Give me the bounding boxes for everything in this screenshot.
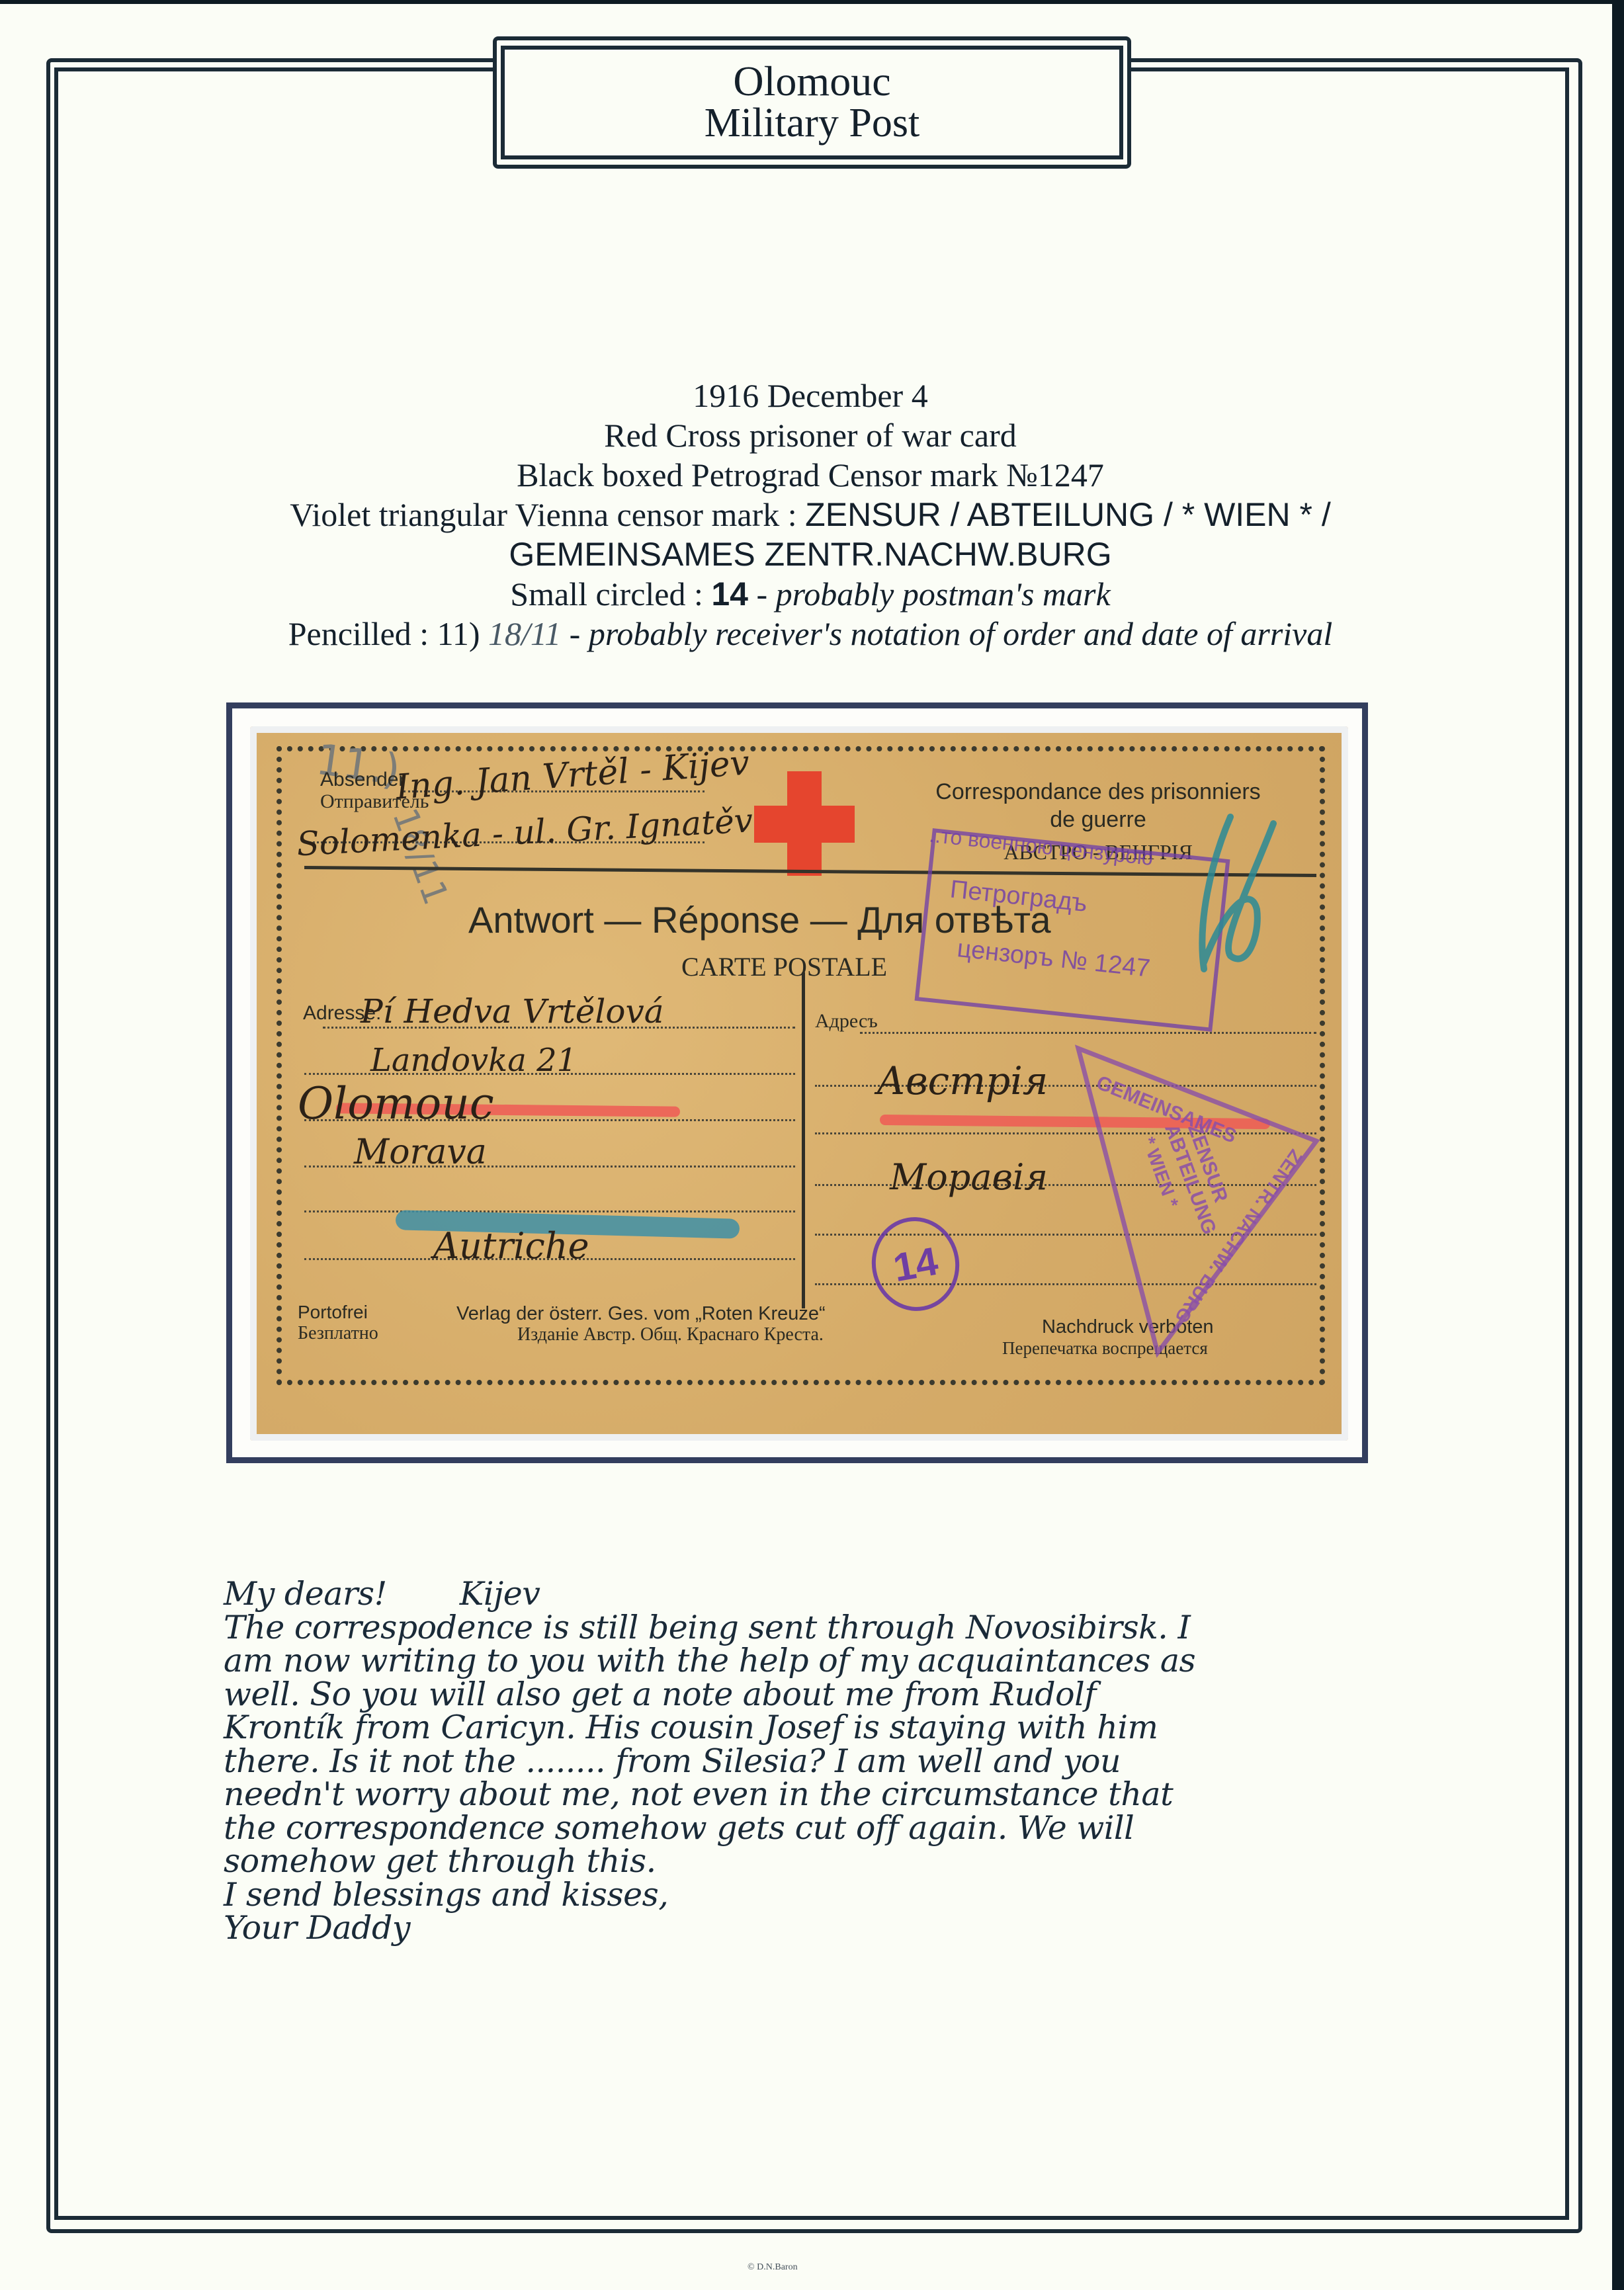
- letter-transcription: My dears!Kijev The correspodence is stil…: [224, 1578, 1381, 1945]
- vienna-triangle-censor-stamp: GEMEINSAMES ZENSUR ABTEILUNG * WIEN * ZE…: [1072, 1042, 1323, 1359]
- letter-signature: Your Daddy: [224, 1912, 1381, 1945]
- title-plaque-inner: Olomouc Military Post: [501, 46, 1123, 159]
- censor-box-line-3: цензоръ № 1247: [956, 935, 1152, 983]
- publisher-de: Verlag der österr. Ges. vom „Roten Kreuz…: [456, 1303, 826, 1325]
- address-ru-handwriting-2: Моравія: [890, 1156, 1048, 1198]
- description-vienna-censor: Violet triangular Vienna censor mark : Z…: [165, 495, 1455, 534]
- letter-place: Kijev: [460, 1575, 540, 1613]
- pencilled-value: 18/11: [488, 615, 561, 652]
- letter-line: am now writing to you with the help of m…: [224, 1644, 1381, 1678]
- address-handwriting-4: Morava: [354, 1132, 487, 1172]
- address-handwriting-1: Pí Hedva Vrtělová: [361, 992, 664, 1031]
- page-title: Olomouc: [733, 61, 890, 102]
- letter-greeting: My dears!: [224, 1575, 387, 1613]
- letter-line: somehow get through this.: [224, 1845, 1381, 1879]
- scan-edge-right: [1612, 0, 1624, 2290]
- page-subtitle: Military Post: [705, 102, 920, 144]
- address-ru-handwriting-1: Австрія: [876, 1058, 1048, 1103]
- address-line-5: [304, 1210, 795, 1212]
- postage-de: Portofrei: [298, 1302, 368, 1323]
- carte-postale: CARTE POSTALE: [681, 951, 887, 982]
- censor-box-line-2: Петроградъ: [949, 875, 1088, 918]
- petrograd-censor-stamp: ..то военною цензурою Петроградъ цензоръ…: [915, 828, 1230, 1032]
- letter-line: needn't worry about me, not even in the …: [224, 1778, 1381, 1812]
- letter-line: I send blessings and kisses,: [224, 1879, 1381, 1912]
- letter-line: Krontík from Caricyn. His cousin Josef i…: [224, 1711, 1381, 1745]
- blue-crayon-mark-icon: [1184, 804, 1283, 989]
- circled-note: - probably postman's mark: [748, 575, 1111, 613]
- card-divider: [802, 972, 805, 1308]
- address-handwriting-2: Landovka 21: [370, 1042, 577, 1079]
- address-handwriting-3: Olomouc: [298, 1078, 494, 1129]
- publisher-ru: Изданіе Австр. Общ. Краснаго Креста.: [517, 1324, 824, 1345]
- description-block: 1916 December 4 Red Cross prisoner of wa…: [165, 376, 1455, 654]
- scan-edge-top: [0, 0, 1624, 4]
- address-ru-line-1: [860, 1032, 1316, 1034]
- letter-line: the correspondence somehow gets cut off …: [224, 1812, 1381, 1845]
- circled-label: Small circled :: [510, 575, 711, 613]
- description-card-type: Red Cross prisoner of war card: [165, 415, 1455, 455]
- vienna-mark-text-1: ZENSUR / ABTEILUNG / * WIEN * /: [805, 496, 1331, 533]
- heading-fr-1: Correspondance des prisonniers: [883, 779, 1313, 805]
- postage-ru: Безплатно: [298, 1323, 378, 1344]
- circled-value: 14: [711, 575, 748, 613]
- letter-line: The correspodence is still being sent th…: [224, 1611, 1381, 1645]
- pencilled-label: Pencilled : 11): [288, 615, 488, 652]
- description-pencilled: Pencilled : 11) 18/11 - probably receive…: [165, 614, 1455, 654]
- letter-line: there. Is it not the ........ from Siles…: [224, 1745, 1381, 1779]
- description-date: 1916 December 4: [165, 376, 1455, 415]
- address-label-ru: Адресъ: [815, 1010, 878, 1033]
- description-petrograd-censor: Black boxed Petrograd Censor mark №1247: [165, 455, 1455, 495]
- description-circled: Small circled : 14 - probably postman's …: [165, 574, 1455, 614]
- letter-line: well. So you will also get a note about …: [224, 1678, 1381, 1712]
- copyright-note: © D.N.Baron: [748, 2262, 798, 2273]
- vienna-label: Violet triangular Vienna censor mark :: [290, 496, 805, 533]
- pencilled-note: - probably receiver's notation of order …: [561, 615, 1332, 652]
- sender-label-de: Absender: [320, 769, 405, 791]
- address-handwriting-5: Autriche: [433, 1225, 589, 1267]
- vienna-mark-text-2: GEMEINSAMES ZENTR.NACHW.BURG: [165, 534, 1455, 574]
- letter-heading: My dears!Kijev: [224, 1578, 1381, 1611]
